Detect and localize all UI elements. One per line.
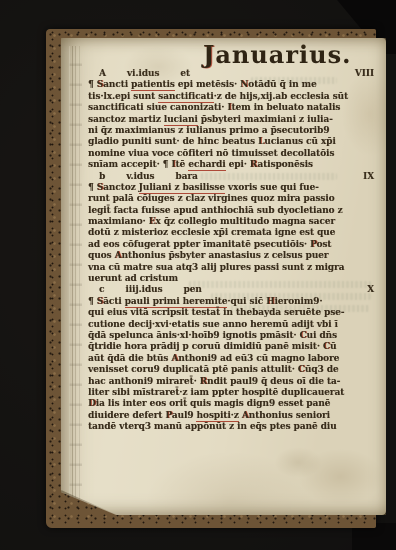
text-line: ¶ Sācti pauli primi heremite·qui sic̄ Hi…	[88, 297, 374, 308]
text-segment: nthonius p̄sbyter anastasius z celsus pu…	[121, 251, 328, 261]
text-segment: nthoni9 ad eū3 cū magno labore	[178, 354, 339, 364]
text-segment: venisset coru9 duplicatā ptē panis attul…	[88, 365, 298, 375]
date-row: Avi.idusetVIII	[88, 69, 374, 80]
text-line: quos Anthonius p̄sbyter anastasius z cel…	[88, 251, 374, 262]
date-row-cells: Avi.iduset	[99, 69, 190, 80]
rubric-underlined-text: sanctificati	[158, 92, 213, 103]
text-segment: ·qui sic̄	[227, 297, 266, 307]
text-segment: atisponēsis	[257, 160, 313, 170]
text-segment: p̄sbyteri maximiani z iulia-	[198, 115, 333, 125]
rubricated-initial: C	[298, 365, 305, 375]
text-line: venisset coru9 duplicatā ptē panis attul…	[88, 365, 374, 376]
text-segment: aul9	[172, 411, 197, 421]
text-segment: liter sibi mīstraret̄·z iam ppter hospit…	[88, 388, 344, 398]
text-line: runt palā cōiuges z claz virgines quoz m…	[88, 194, 374, 205]
text-segment: aūt q̄dā die btūs	[88, 354, 171, 364]
text-segment: vna cū matre sua atq3 alij plures passi …	[88, 263, 344, 273]
text-line: q̄tridie hora prādij p coruū dimidiū pan…	[88, 342, 374, 353]
text-line: hac anthoni9 miraret̄· Rndit paul9 q̄ de…	[88, 377, 374, 388]
text-segment: x q̄z collegio multitudo magna sacer	[155, 217, 335, 227]
text-line: tis·lx.epi sunt sanctificati·z de hijs,x…	[88, 92, 374, 103]
rubricated-initial: D	[88, 399, 96, 409]
text-segment: snīam accepit· ¶	[88, 160, 171, 170]
text-block: Avi.idusetVIII¶ Sancti patientis epi met…	[88, 69, 374, 434]
text-line: ¶ Sancti patientis epi metēsis· Notādū q…	[88, 80, 374, 91]
text-segment: ndit paul9 q̄ deus oī die ta-	[207, 377, 340, 387]
text-line: uerunt ad cristum	[88, 274, 374, 285]
rubric-underlined-text: patientis	[131, 80, 175, 91]
rubricated-initial: C	[323, 342, 330, 352]
text-line: ni q̄z maximianus z iulianus primo a p̄s…	[88, 126, 374, 137]
text-segment: tandē vterq3 manū appōnūt z in eq̄s ptes…	[88, 422, 337, 432]
text-line: ¶ Sanctoz Juliani z basilisse vxoris sue…	[88, 183, 374, 194]
date-cell: A	[99, 69, 106, 79]
text-segment: vxoris sue qui fue-	[225, 183, 319, 193]
text-segment: ¶	[88, 80, 97, 90]
manuscript-page: Januarius. Avi.idusetVIII¶ Sancti patien…	[61, 38, 386, 515]
text-segment: ieronim9·	[274, 297, 322, 307]
date-row: bv.idusbaraIX	[88, 172, 374, 183]
date-cell: c	[99, 285, 104, 295]
text-segment: legit̄ facta fuisse apud anthiochiā sub …	[88, 206, 342, 216]
date-cell: bara	[175, 172, 197, 182]
text-segment: ūq3 de	[305, 365, 339, 375]
text-segment: ad eos cōfugerat ppter īmanitatē psecuti…	[88, 240, 310, 250]
text-line: liter sibi mīstraret̄·z iam ppter hospit…	[88, 388, 374, 399]
text-segment: cutione decij·xvi·etatis sue anno heremū…	[88, 320, 338, 330]
text-segment: hac anthoni9 miraret̄·	[88, 377, 200, 387]
text-segment: ia lis inter eos orit̄ quis magis dign9 …	[96, 399, 331, 409]
date-row-cells: ciiij.iduspen	[99, 285, 202, 296]
rubricated-initial: N	[240, 80, 248, 90]
text-segment: epi·	[226, 160, 250, 170]
text-line: vna cū matre sua atq3 alij plures passi …	[88, 263, 374, 274]
text-segment: maximiano·	[88, 217, 149, 227]
text-line: sanctoz martiz luciani p̄sbyteri maximia…	[88, 115, 374, 126]
text-segment: ost	[316, 240, 331, 250]
text-segment: tem in beluato natalis	[231, 103, 340, 113]
text-line: tandē vterq3 manū appōnūt z in eq̄s ptes…	[88, 422, 374, 433]
date-row: ciiij.iduspenX	[88, 285, 374, 296]
date-cell: pen	[183, 285, 201, 295]
rubricated-initial: A	[242, 411, 249, 421]
text-segment: diuidere defert	[88, 411, 165, 421]
rubric-underlined-text: Juliani z basilisse	[139, 183, 225, 194]
text-line: cutione decij·xvi·etatis sue anno heremū…	[88, 320, 374, 331]
text-line: Dia lis inter eos orit̄ quis magis dign9…	[88, 399, 374, 410]
text-segment: ū	[330, 342, 336, 352]
text-segment: ·z de hijs,xij.ab ecclesia sūt	[214, 92, 348, 102]
date-cell: b	[99, 172, 105, 182]
text-line: legit̄ facta fuisse apud anthiochiā sub …	[88, 206, 374, 217]
page-title-month: Januarius.	[203, 40, 351, 69]
text-segment: ui dn̄s	[307, 331, 337, 341]
text-segment: uerunt ad cristum	[88, 274, 178, 284]
text-segment: nthonius seniori	[249, 411, 330, 421]
day-roman-numeral: X	[367, 285, 374, 296]
rubricated-initial: C	[299, 331, 306, 341]
text-line: dotū z misterioz ecclesie xp̄i cremata i…	[88, 228, 374, 239]
text-line: maximiano· Ex q̄z collegio multitudo mag…	[88, 217, 374, 228]
text-segment: ancti	[103, 80, 131, 90]
text-segment: epi metēsis·	[175, 80, 240, 90]
text-line: snīam accepit· ¶ Itē echardi epi· Ratisp…	[88, 160, 374, 171]
date-row-cells: bv.idusbara	[99, 172, 198, 183]
text-line: nomine viua voce cōfiteri nō timuisset d…	[88, 149, 374, 160]
rubric-underlined-text: hospiti·z	[196, 411, 238, 422]
text-segment: gladio puniti sunt· de hinc beatus	[88, 137, 258, 147]
text-segment: q̄dā spelunca ānis·xl·hoīb9 ignotis pmās…	[88, 331, 299, 341]
text-line: diuidere defert Paul9 hospiti·z Anthoniu…	[88, 411, 374, 422]
text-line: ad eos cōfugerat ppter īmanitatē psecuti…	[88, 240, 374, 251]
rubric-underlined-text: luciani	[164, 115, 198, 126]
text-line: q̄dā spelunca ānis·xl·hoīb9 ignotis pmās…	[88, 331, 374, 342]
text-line: gladio puniti sunt· de hinc beatus Lucia…	[88, 137, 374, 148]
gutter-crease	[69, 46, 82, 502]
text-segment: quos	[88, 251, 115, 261]
text-segment: q̄tridie hora prādij p coruū dimidiū pan…	[88, 342, 323, 352]
text-segment: nomine viua voce cōfiteri nō timuisset d…	[88, 149, 334, 159]
text-segment: ucianus cū xp̄i	[264, 137, 335, 147]
date-cell: iiij.idus	[125, 285, 162, 295]
text-segment: ācti	[103, 297, 125, 307]
text-segment: runt palā cōiuges z claz virgines quoz m…	[88, 194, 335, 204]
text-line: aūt q̄dā die btūs Anthoni9 ad eū3 cū mag…	[88, 354, 374, 365]
text-line: sanctificati siue canonizati· Item in be…	[88, 103, 374, 114]
rubricated-initial: R	[200, 377, 207, 387]
text-segment: sanctoz martiz	[88, 115, 164, 125]
text-segment: ¶	[88, 183, 97, 193]
rubric-underlined-text: pauli primi heremite	[125, 297, 228, 308]
scanned-book-photo: Januarius. Avi.idusetVIII¶ Sancti patien…	[0, 0, 396, 550]
text-segment: tis·lx.epi sunt	[88, 92, 158, 102]
date-cell: et	[180, 69, 190, 79]
rubric-underlined-text: echardi	[188, 160, 225, 171]
text-line: qui eius vitā scripsit testat̄ in thebay…	[88, 308, 374, 319]
text-segment: tē	[175, 160, 188, 170]
text-segment: otādū q̄ in me	[248, 80, 316, 90]
text-segment: dotū z misterioz ecclesie xp̄i cremata i…	[88, 228, 335, 238]
text-segment: ni q̄z maximianus z iulianus primo a p̄s…	[88, 126, 329, 136]
text-segment: anctoz	[103, 183, 139, 193]
date-cell: vi.idus	[127, 69, 159, 79]
date-cell: v.idus	[126, 172, 154, 182]
text-segment: qui eius vitā scripsit testat̄ in thebay…	[88, 308, 344, 318]
text-segment: ¶	[88, 297, 97, 307]
text-segment: sanctificati siue canonizati·	[88, 103, 227, 113]
day-roman-numeral: IX	[363, 172, 374, 183]
day-roman-numeral: VIII	[355, 69, 374, 80]
